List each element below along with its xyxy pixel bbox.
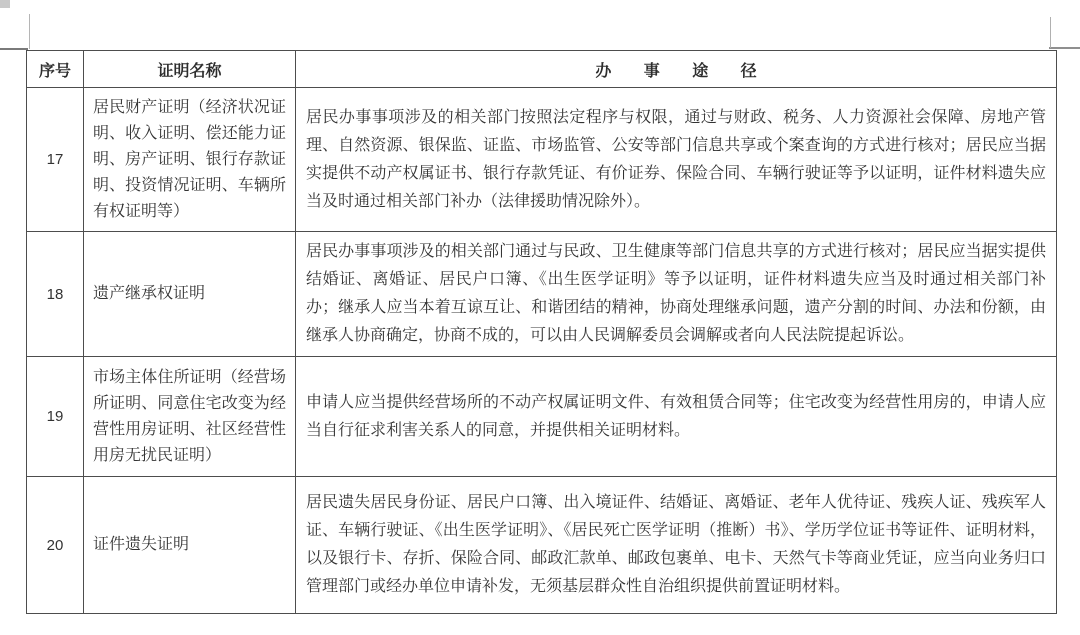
table-row: 17 居民财产证明（经济状况证明、收入证明、偿还能力证明、房产证明、银行存款证明… bbox=[27, 88, 1057, 232]
previous-table-left-border-tick bbox=[29, 14, 30, 49]
previous-table-border-right-segment bbox=[1049, 47, 1080, 49]
column-header-certificate-name: 证明名称 bbox=[84, 51, 296, 88]
previous-table-border-left-segment bbox=[0, 48, 28, 50]
previous-table-right-border-tick bbox=[1050, 17, 1051, 48]
table-header-row: 序号 证明名称 办 事 途 径 bbox=[27, 51, 1057, 88]
certificate-name: 市场主体住所证明（经营场所证明、同意住宅改变为经营性用房证明、社区经营性用房无扰… bbox=[84, 357, 296, 477]
row-serial-number: 20 bbox=[27, 477, 84, 614]
scan-artifact-corner bbox=[0, 0, 10, 8]
row-serial-number: 17 bbox=[27, 88, 84, 232]
handling-channel-text: 居民办事事项涉及的相关部门按照法定程序与权限，通过与财政、税务、人力资源社会保障… bbox=[296, 88, 1057, 232]
table-row: 19 市场主体住所证明（经营场所证明、同意住宅改变为经营性用房证明、社区经营性用… bbox=[27, 357, 1057, 477]
table-row: 20 证件遗失证明 居民遗失居民身份证、居民户口簿、出入境证件、结婚证、离婚证、… bbox=[27, 477, 1057, 614]
column-header-serial-number: 序号 bbox=[27, 51, 84, 88]
row-serial-number: 18 bbox=[27, 232, 84, 357]
certificate-name: 遗产继承权证明 bbox=[84, 232, 296, 357]
column-header-handling-channel: 办 事 途 径 bbox=[296, 51, 1057, 88]
table-row: 18 遗产继承权证明 居民办事事项涉及的相关部门通过与民政、卫生健康等部门信息共… bbox=[27, 232, 1057, 357]
document-page: 序号 证明名称 办 事 途 径 17 居民财产证明（经济状况证明、收入证明、偿还… bbox=[0, 0, 1080, 635]
handling-channel-text: 申请人应当提供经营场所的不动产权属证明文件、有效租赁合同等；住宅改变为经营性用房… bbox=[296, 357, 1057, 477]
certificate-name: 居民财产证明（经济状况证明、收入证明、偿还能力证明、房产证明、银行存款证明、投资… bbox=[84, 88, 296, 232]
row-serial-number: 19 bbox=[27, 357, 84, 477]
certificates-table: 序号 证明名称 办 事 途 径 17 居民财产证明（经济状况证明、收入证明、偿还… bbox=[26, 50, 1057, 614]
handling-channel-text: 居民办事事项涉及的相关部门通过与民政、卫生健康等部门信息共享的方式进行核对；居民… bbox=[296, 232, 1057, 357]
handling-channel-text: 居民遗失居民身份证、居民户口簿、出入境证件、结婚证、离婚证、老年人优待证、残疾人… bbox=[296, 477, 1057, 614]
certificate-name: 证件遗失证明 bbox=[84, 477, 296, 614]
